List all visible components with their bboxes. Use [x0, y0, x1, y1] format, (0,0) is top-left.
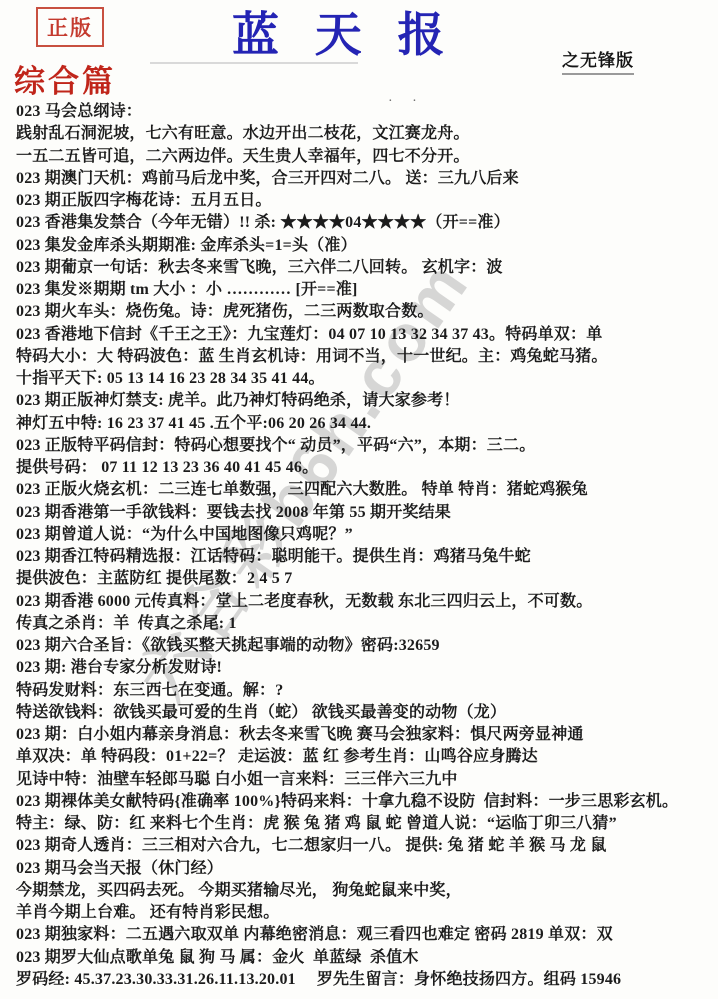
content-line: 023 马会总纲诗： [16, 101, 714, 123]
content-line: 023 期正版四字梅花诗：五月五日。 [16, 190, 714, 212]
content-line: 023 期裸体美女献特码{准确率 100%}特码来料：十拿九稳不设防 信封料：一… [16, 791, 714, 813]
content-line: 023 期火车头：烧伤兔。诗：虎死猪伤，二三两数取合数。 [16, 301, 714, 323]
newspaper-page: 正版 蓝 天 报 之无锋版 综合篇 · · 六合彩b6h.com 023 马会总… [0, 0, 718, 999]
content-line: 023 香港集发禁合（今年无错）!! 杀: ★★★★04★★★★（开==准） [16, 212, 714, 234]
content-line: 023 期香江特码精选报：江话特码：聪明能干。提供生肖：鸡猪马兔牛蛇 [16, 546, 714, 568]
content-line: 特送欲钱料：欲钱买最可爱的生肖（蛇） 欲钱买最善变的动物（龙） [16, 702, 714, 724]
content-line: 罗码经: 45.37.23.30.33.31.26.11.13.20.01 罗先… [16, 969, 714, 991]
content-line: 见诗中特：油壁车轻郎马聪 白小姐一言来料：三三伴六三九中 [16, 769, 714, 791]
content-line: 023 正版特平码信封：特码心想要找个“ 动员”，平码“六”，本期：三二。 [16, 435, 714, 457]
content-line: 023 集发金库杀头期期准: 金库杀头=1=头（准） [16, 235, 714, 257]
content-line: 传真之杀肖：羊 传真之杀尾: 1 [16, 613, 714, 635]
content-line: 特码大小：大 特码波色：蓝 生肖玄机诗：用词不当，十一世纪。主：鸡兔蛇马猪。 [16, 346, 714, 368]
content-line: 023 期澳门天机：鸡前马后龙中奖，合三开四对二八。 送：三九八后来 [16, 168, 714, 190]
content-line: 023 正版火烧玄机：二三连七单数强，三四配六大数胜。 特单 特肖：猪蛇鸡猴兔 [16, 479, 714, 501]
content-line: 提供号码： 07 11 12 13 23 36 40 41 45 46。 [16, 457, 714, 479]
content-line: 十指平天下: 05 13 14 16 23 28 34 35 41 44。 [16, 368, 714, 390]
content-line: 023 期香港 6000 元传真料：堂上二老度春秋，无数载 东北三四归云上，不可… [16, 591, 714, 613]
content-line: 提供波色：主蓝防红 提供尾数：2 4 5 7 [16, 568, 714, 590]
content-line: 023 期：白小姐内幕亲身消息：秋去冬来雪飞晚 赛马会独家料：惧尺两旁显神通 [16, 724, 714, 746]
content-line: 023 集发※期期 tm 大小 ：小 ………… [开==准] [16, 279, 714, 301]
content-line: 023 期曾道人说：“为什么中国地图像只鸡呢？” [16, 524, 714, 546]
section-label: 综合篇 [14, 56, 116, 101]
edition-label: 之无锋版 [562, 46, 634, 75]
content-line: 今期禁龙，买四码去死。 今期买猪输尽光， 狗兔蛇鼠来中奖， [16, 880, 714, 902]
content-line: 023 期: 港台专家分析发财诗! [16, 657, 714, 679]
header-divider [150, 62, 358, 64]
content-line: 023 香港地下信封《千王之王》：九宝莲灯：04 07 10 13 32 34 … [16, 324, 714, 346]
content-line: 023 期香港第一手欲钱料：要钱去找 2008 年第 55 期开奖结果 [16, 502, 714, 524]
content-line: 023 期葡京一句话：秋去冬来雪飞晚，三六伴二八回转。 玄机字：波 [16, 257, 714, 279]
content-line: 践射乱石洞泥坡，七六有旺意。水边开出二枝花，文江赛龙舟。 [16, 123, 714, 145]
authentic-stamp: 正版 [36, 7, 104, 47]
content-line: 023 期罗大仙点歌单兔 鼠 狗 马 属：金火 单蓝绿 杀值木 [16, 947, 714, 969]
content-line: 神灯五中特: 16 23 37 41 45 .五个平:06 20 26 34 4… [16, 413, 714, 435]
content-lines: 023 马会总纲诗：践射乱石洞泥坡，七六有旺意。水边开出二枝花，文江赛龙舟。一五… [16, 101, 714, 991]
content-line: 023 期独家料：二五遇六取双单 内幕绝密消息：观三看四也难定 密码 2819 … [16, 924, 714, 946]
content-line: 023 期六合圣旨：《欲钱买整天挑起事端的动物》密码:32659 [16, 635, 714, 657]
content-line: 羊肖今期上台难。 还有特肖彩民想。 [16, 902, 714, 924]
content-line: 单双决：单 特码段：01+22=？ 走运波：蓝 红 参考生肖：山鸣谷应身腾达 [16, 746, 714, 768]
content-line: 特码发财料：东三西七在变通。解：? [16, 680, 714, 702]
content-line: 023 期正版神灯禁支: 虎羊。此乃神灯特码绝杀，请大家参考！ [16, 390, 714, 412]
content-line: 特主：绿、防：红 来料七个生肖：虎 猴 兔 猪 鸡 鼠 蛇 曾道人说：“运临丁卯… [16, 813, 714, 835]
content-line: 023 期马会当天报（休门经） [16, 858, 714, 880]
content-line: 023 期奇人透肖：三三相对六合九，七二想家归一八。 提供: 兔 猪 蛇 羊 猴… [16, 835, 714, 857]
page-title: 蓝 天 报 [232, 0, 457, 65]
content-line: 一五二五皆可追，二六两边伴。天生贵人幸福年，四七不分开。 [16, 146, 714, 168]
